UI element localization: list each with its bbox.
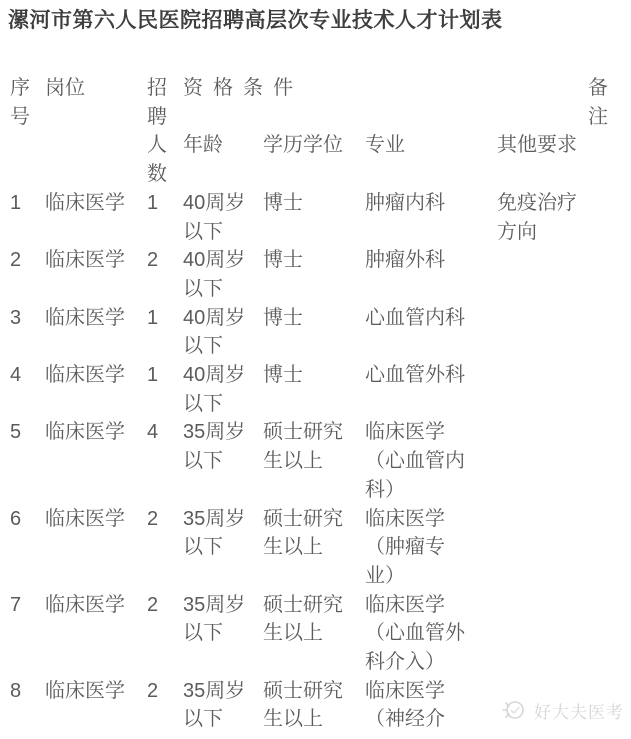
haodf-logo-icon xyxy=(501,697,527,723)
cell-remark xyxy=(588,418,631,504)
cell-age: 40周岁 以下 xyxy=(183,361,263,418)
cell-position: 临床医学 xyxy=(45,246,147,303)
page-title: 漯河市第六人民医院招聘高层次专业技术人才计划表 xyxy=(8,6,631,36)
column-header-major: 专业 xyxy=(365,131,497,188)
cell-major: 临床医学 （心血管内 科） xyxy=(365,418,497,504)
cell-count: 1 xyxy=(147,361,183,418)
cell-degree: 硕士研究 生以上 xyxy=(263,505,365,591)
cell-degree: 博士 xyxy=(263,189,365,246)
cell-major: 临床医学 （肿瘤专 业） xyxy=(365,505,497,591)
column-header-remark: 备 注 xyxy=(588,74,631,189)
cell-remark xyxy=(588,246,631,303)
cell-remark xyxy=(588,304,631,361)
cell-age: 35周岁 以下 xyxy=(183,677,263,734)
cell-count: 1 xyxy=(147,304,183,361)
cell-position: 临床医学 xyxy=(45,505,147,591)
cell-degree: 博士 xyxy=(263,304,365,361)
cell-other xyxy=(497,361,588,418)
column-header-qualification: 资格条件 xyxy=(183,74,588,131)
cell-age: 40周岁 以下 xyxy=(183,246,263,303)
cell-position: 临床医学 xyxy=(45,591,147,677)
cell-position: 临床医学 xyxy=(45,304,147,361)
cell-position: 临床医学 xyxy=(45,361,147,418)
cell-remark xyxy=(588,361,631,418)
cell-degree: 硕士研究 生以上 xyxy=(263,418,365,504)
table-row: 7 临床医学 2 35周岁 以下 硕士研究 生以上 临床医学 （心血管外 科介入… xyxy=(10,591,631,677)
table-row: 1 临床医学 1 40周岁 以下 博士 肿瘤内科 免疫治疗 方向 xyxy=(10,189,631,246)
cell-seq: 6 xyxy=(10,505,45,591)
watermark-label: 好大夫医考 xyxy=(534,698,624,723)
cell-age: 35周岁 以下 xyxy=(183,591,263,677)
column-header-seq: 序 号 xyxy=(10,74,45,189)
cell-major: 临床医学 （神经介 xyxy=(365,677,497,734)
cell-age: 35周岁 以下 xyxy=(183,418,263,504)
cell-seq: 3 xyxy=(10,304,45,361)
cell-other xyxy=(497,246,588,303)
column-header-other: 其他要求 xyxy=(497,131,588,188)
cell-degree: 硕士研究 生以上 xyxy=(263,677,365,734)
column-header-headcount: 招 聘 人 数 xyxy=(147,74,183,189)
cell-age: 40周岁 以下 xyxy=(183,304,263,361)
cell-position: 临床医学 xyxy=(45,418,147,504)
table-row: 3 临床医学 1 40周岁 以下 博士 心血管内科 xyxy=(10,304,631,361)
cell-count: 4 xyxy=(147,418,183,504)
table-row: 2 临床医学 2 40周岁 以下 博士 肿瘤外科 xyxy=(10,246,631,303)
cell-seq: 1 xyxy=(10,189,45,246)
cell-degree: 博士 xyxy=(263,246,365,303)
cell-seq: 5 xyxy=(10,418,45,504)
cell-major: 心血管外科 xyxy=(365,361,497,418)
cell-position: 临床医学 xyxy=(45,677,147,734)
cell-count: 2 xyxy=(147,591,183,677)
cell-major: 临床医学 （心血管外 科介入） xyxy=(365,591,497,677)
table-row: 5 临床医学 4 35周岁 以下 硕士研究 生以上 临床医学 （心血管内 科） xyxy=(10,418,631,504)
column-header-degree: 学历学位 xyxy=(263,131,365,188)
cell-other xyxy=(497,505,588,591)
cell-age: 40周岁 以下 xyxy=(183,189,263,246)
cell-degree: 硕士研究 生以上 xyxy=(263,591,365,677)
recruitment-plan-table: 序 号 岗位 招 聘 人 数 资格条件 备 注 年龄 学历学位 专业 其他要求 … xyxy=(10,74,631,734)
cell-remark xyxy=(588,591,631,677)
column-header-position: 岗位 xyxy=(45,74,147,189)
cell-seq: 4 xyxy=(10,361,45,418)
cell-remark xyxy=(588,505,631,591)
cell-major: 肿瘤外科 xyxy=(365,246,497,303)
cell-other xyxy=(497,591,588,677)
cell-count: 1 xyxy=(147,189,183,246)
watermark: 好大夫医考 xyxy=(501,697,624,723)
cell-degree: 博士 xyxy=(263,361,365,418)
cell-major: 肿瘤内科 xyxy=(365,189,497,246)
cell-seq: 7 xyxy=(10,591,45,677)
cell-age: 35周岁 以下 xyxy=(183,505,263,591)
cell-other xyxy=(497,418,588,504)
cell-remark xyxy=(588,189,631,246)
cell-other: 免疫治疗 方向 xyxy=(497,189,588,246)
cell-major: 心血管内科 xyxy=(365,304,497,361)
cell-seq: 8 xyxy=(10,677,45,734)
cell-count: 2 xyxy=(147,677,183,734)
cell-count: 2 xyxy=(147,505,183,591)
table-row: 4 临床医学 1 40周岁 以下 博士 心血管外科 xyxy=(10,361,631,418)
cell-other xyxy=(497,304,588,361)
cell-count: 2 xyxy=(147,246,183,303)
column-header-age: 年龄 xyxy=(183,131,263,188)
cell-position: 临床医学 xyxy=(45,189,147,246)
cell-seq: 2 xyxy=(10,246,45,303)
table-row: 6 临床医学 2 35周岁 以下 硕士研究 生以上 临床医学 （肿瘤专 业） xyxy=(10,505,631,591)
